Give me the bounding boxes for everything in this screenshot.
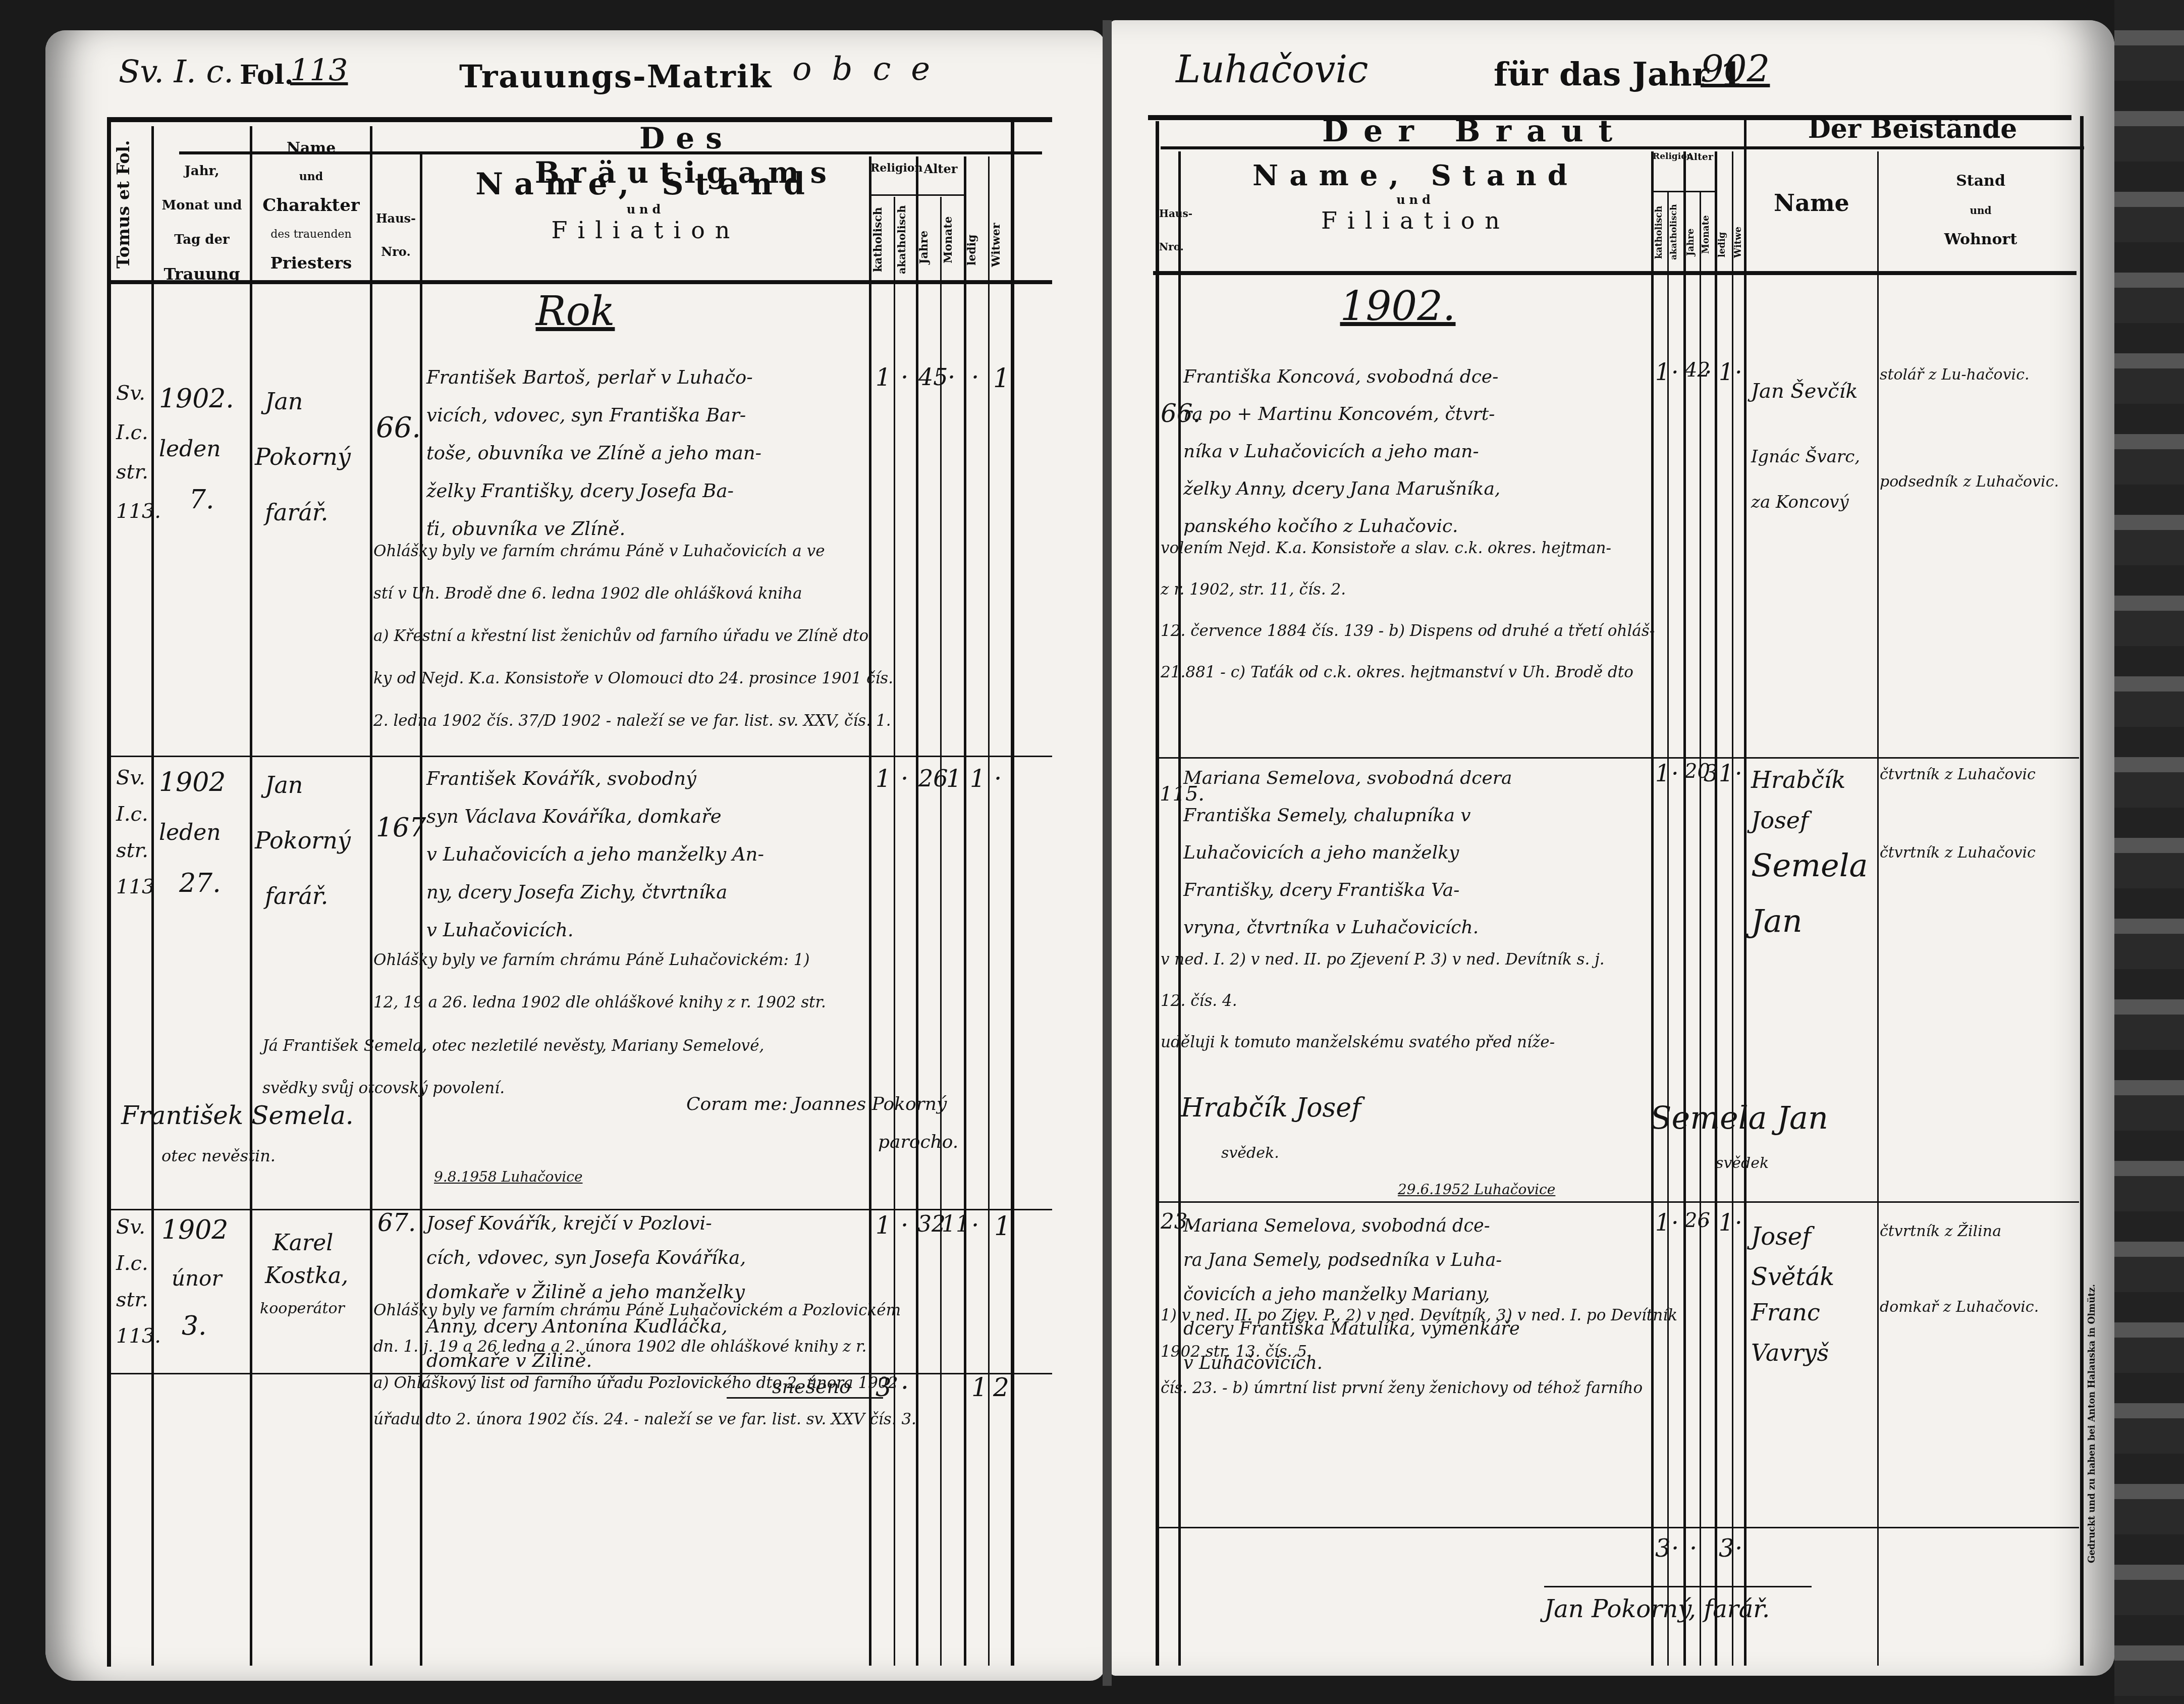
year-value: 902 [1701,48,1770,90]
page-edges [2114,0,2184,1704]
bride-2-stamp: 29.6.1952 Luhačovice [1398,1181,1555,1198]
totals-akath: · [901,1373,909,1402]
totals-underline [1544,1586,1812,1587]
entry-2-coram: Coram me: Joannes Pokorný parocho. [686,1085,958,1161]
witness-1b-stand: podsedník z Luhačovic. [1880,464,2077,500]
totals-ledig: 1 [971,1373,988,1402]
entry-3-age-months: 11 [942,1211,970,1237]
col-header-alter: Alter [1685,151,1715,163]
totals-label: snešeno [772,1375,851,1398]
totals-kath: 3 [876,1373,892,1402]
col-line [1715,151,1717,1666]
col-line [894,197,895,1666]
entry-3-akath: · [901,1211,908,1240]
entry-1-kath: 1 [876,363,891,392]
bride-1-witwe: · [1735,358,1742,386]
col-header-witness-stand: Stand und Wohnort [1880,167,2082,254]
witness-2b-name: Semela Jan [1751,838,1875,949]
bride-1-age-months: · [1705,358,1712,386]
alter-underline [1685,191,1715,192]
entry-3-kath: 1 [876,1211,891,1240]
entry-1-ledig: · [971,363,979,392]
entry-1-tomus: Sv.I.c.str.113. [116,374,161,531]
entry-1-age-months: · [948,363,955,392]
bride-2-name: Mariana Semelova, svobodná dceraFrantišk… [1183,760,1512,946]
col-line [1651,151,1654,1666]
col-header-haus: Haus- Nro. [1159,197,1179,263]
col-line [420,151,422,1666]
bride-section-title: Der Braut [1322,114,1675,149]
row-divider [1156,1201,2079,1203]
col-header-monate: Monate [1701,202,1715,268]
bride-2-kath: 1 [1655,760,1670,787]
bride-totals-ledig: 3 [1719,1534,1734,1563]
bride-1-ledig: 1 [1719,358,1733,386]
col-line [1744,116,1746,1666]
col-header-akatholisch: akatholisch [895,199,915,280]
entry-2-kath: 1 [876,765,891,793]
col-line [1667,192,1669,1666]
entry-2-tomus: Sv.I.c.str.113 [116,760,154,905]
col-header-witwer: Witwer [990,212,1011,278]
col-header-priest: Name und Charakter des trauenden Prieste… [252,134,370,278]
entry-3-date: 1902únor3. [161,1206,228,1350]
col-line [107,117,111,1667]
col-header-jahre: Jahre [1685,217,1700,268]
col-line [940,197,942,1666]
col-line [1700,192,1701,1666]
col-header-alter: Alter [917,162,964,176]
entry-3-priest: KarelKostka,kooperátor [260,1227,348,1325]
col-line [1156,121,1159,1666]
col-header-witwe: Witwe [1733,217,1745,268]
bride-2-age-months: 3 [1704,760,1718,787]
col-line [2080,116,2084,1666]
col-header-katholisch: katholisch [1654,194,1668,270]
bride-1-akath: · [1671,358,1679,386]
col-header-akatholisch: akatholisch [1669,194,1683,270]
religion-underline [1653,191,1683,192]
entry-1-date: 1902.leden7. [159,374,234,525]
col-header-monate: Monate [942,202,964,278]
entry-1-priest: JanPokornýfarář. [255,374,351,540]
witness-1a-stand: stolář z Lu-hačovic. [1880,358,2077,391]
entry-2-akath: · [901,765,908,793]
bride-3-witwe: · [1735,1209,1742,1236]
entry-1-witwer: 1 [993,363,1010,394]
row-divider [1156,1527,2079,1528]
col-header-name: Name, Stand und Filiation [422,167,869,244]
bride-3-age-months: · [1704,1209,1711,1236]
col-line [1877,151,1879,1666]
witness-3a-name: Josef Světák [1751,1216,1875,1297]
witness-signature-1: Hrabčík Josef svědek. [1181,1085,1361,1176]
col-header-ledig: ledig [965,222,988,278]
entry-3-tomus: Sv.I.c.str.113. [116,1209,161,1354]
col-header-katholisch: katholisch [871,199,894,280]
entry-1-age-years: 45 [918,363,948,391]
entry-3-notes: Ohlášky byly ve farním chrámu Páně Luhač… [373,1292,916,1437]
witness-signature-2: Semela Jan svědek [1650,1095,1828,1186]
col-header-haus: Haus- Nro. [372,202,420,269]
volume-ref: Sv. I. c. [119,53,234,90]
entry-2-ledig: 1 [970,765,986,793]
witness-2b-stand: čtvrtník z Luhačovic [1880,838,2077,868]
register-title: Trauungs-Matrik [459,58,772,95]
bride-3-kath: 1 [1655,1209,1670,1236]
witness-3a-stand: čtvrtník z Žilina [1880,1216,2077,1247]
entry-1-akath: · [901,363,908,392]
entry-1-notes: Ohlášky byly ve farním chrámu Páně v Luh… [373,530,893,742]
witness-1b-name: Ignác Švarc, za Koncový [1751,434,1875,525]
entry-3-haus: 67. [377,1209,416,1237]
fol-number: 113 [290,53,386,88]
entry-1-groom-name: František Bartoš, perlař v Luhačo-vicích… [426,358,761,548]
col-line [869,156,871,1666]
witness-2a-name: Hrabčík Josef [1751,760,1875,840]
bride-2-akath: · [1671,760,1679,787]
closing-signature: Jan Pokorný, farář. [1544,1595,1770,1623]
bride-3-ledig: 1 [1719,1209,1733,1236]
col-header-religion: Religion [1653,151,1683,162]
witnesses-section-title: Der Beistände [1746,114,2079,144]
col-line [988,156,990,1666]
fol-label: Fol. [240,60,294,90]
entry-2-stamp: 9.8.1958 Luhačovice [434,1168,583,1185]
entry-2-groom-name: František Kovářík, svobodnýsyn Václava K… [426,760,764,949]
totals-witwer: 2 [993,1373,1009,1402]
header-bottom-border [1153,271,2077,275]
col-header-witness-name: Name [1746,189,1877,217]
witness-3b-stand: domkař z Luhačovic. [1880,1292,2077,1322]
col-line [1178,151,1181,1666]
bride-2-notes: v ned. I. 2) v ned. II. po Zjevení P. 3)… [1161,939,1605,1063]
entry-2-age-months: 1 [946,765,962,793]
col-header-name: Name, Stand und Filiation [1181,159,1650,234]
book-spine [1103,20,1112,1686]
col-line [1011,121,1014,1666]
col-header-jahre: Jahre [917,217,940,278]
entry-2-notes-a: Ohlášky byly ve farním chrámu Páně Luhač… [373,939,826,1024]
row-divider [1156,757,2079,759]
bride-3-notes: 1) v ned. II. po Zjev. P., 2) v ned. Dev… [1161,1297,1677,1406]
bride-totals-witwe: · [1735,1534,1742,1563]
col-header-tomus: Tomus et Fol. [114,136,149,273]
parish-place: Luhačovic [1176,48,1369,91]
col-header-date: Jahr, Monat und Tag der Trauung [154,154,250,291]
alter-underline [917,194,964,196]
bride-1-notes: volením Nejd. K.a. Konsistoře a slav. c.… [1161,527,1655,693]
col-header-religion: Religion [870,162,916,175]
bride-3-akath: · [1671,1209,1679,1236]
entry-2-father-signature: František Semela. otec nevěstin. [121,1095,354,1176]
bride-1-name: Františka Koncová, svobodná dce-ra po + … [1183,358,1500,545]
witness-3b-name: Franc Vavryš [1751,1292,1875,1373]
bride-2-witwe: · [1735,760,1742,787]
entry-2-witwer: · [994,765,1002,793]
bride-1-kath: 1 [1655,358,1670,386]
printer-note: Gedruckt und zu haben bei Anton Halauska… [2087,1201,2101,1645]
year-heading-1902: 1902. [1332,283,1463,330]
religion-underline [870,194,916,196]
year-heading-rok: Rok [510,288,641,335]
bride-totals-kath: 3 [1655,1534,1671,1563]
bride-totals-jahre: · [1689,1534,1697,1563]
entry-2-priest: JanPokornýfarář. [255,757,351,924]
entry-2-age-years: 26 [918,765,948,792]
col-line [370,126,372,1666]
entry-1-haus: 66. [376,411,421,444]
col-header-ledig: ledig [1717,222,1732,268]
witness-1a-name: Jan Ševčík [1751,374,1875,409]
col-line [964,156,966,1666]
bride-totals-akath: · [1671,1534,1679,1563]
entry-3-ledig: · [971,1211,979,1240]
entry-2-haus: 167 [376,813,426,843]
entry-2-date: 1902leden27. [159,757,226,909]
witness-2a-stand: čtvrtník z Luhačovic [1880,760,2077,790]
bride-2-ledig: 1 [1719,760,1733,787]
obce-label: obce [792,50,950,88]
col-line [250,126,252,1666]
entry-3-witwer: 1 [994,1211,1011,1242]
